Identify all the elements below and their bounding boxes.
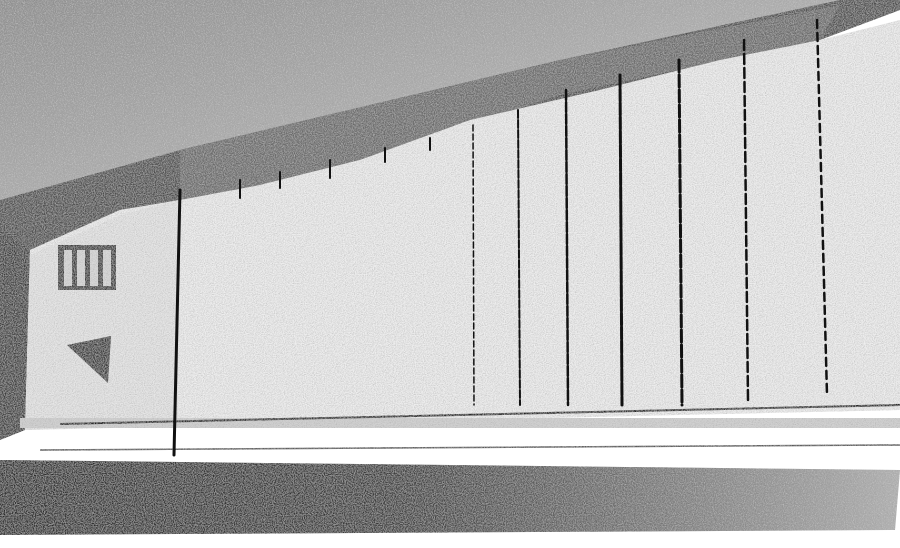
ground-strip [0, 460, 900, 535]
left-dark-wall [0, 230, 30, 440]
halftone-photo [0, 0, 900, 548]
base-rail [20, 418, 900, 428]
